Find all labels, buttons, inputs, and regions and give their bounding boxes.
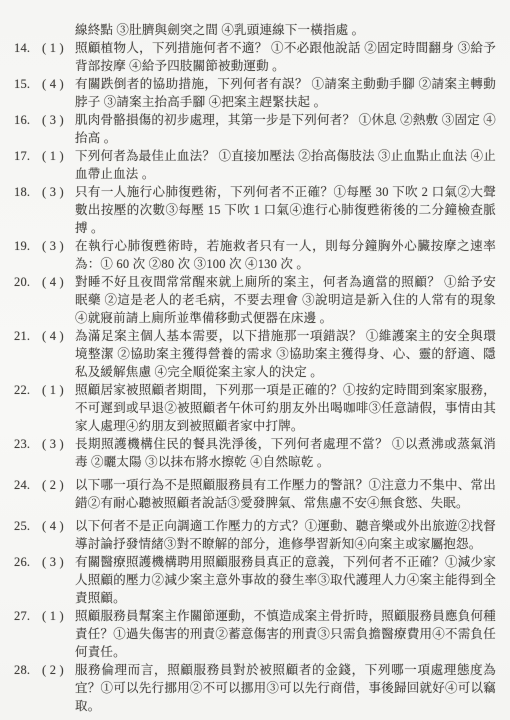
question-text: 照顧服務員幫案主作關節運動，不慎造成案主骨折時，照顧服務員應負何種責任？①過失傷… bbox=[75, 607, 500, 661]
question-15: 15. ( 4 ) 有關跌倒者的協助措施，下列何者有誤？ ①請案主動動手腳 ②請… bbox=[14, 75, 500, 111]
question-13-continuation: 線終點 ③肚臍與劍突之間 ④乳頭連線下一橫指處 。 bbox=[14, 21, 500, 39]
answer-key: ( 1 ) bbox=[42, 607, 75, 625]
question-text: 以下哪一項行為不是照顧服務員有工作壓力的警訊？①注意力不集中、常出錯②有耐心聽被… bbox=[75, 476, 500, 512]
question-text: 肌肉骨骼損傷的初步處理，其第一步是下列何者？ ①休息 ②熱敷 ③固定 ④抬高 。 bbox=[75, 111, 500, 147]
question-number: 18. bbox=[14, 183, 42, 201]
answer-key: ( 2 ) bbox=[42, 476, 75, 494]
question-18: 18. ( 3 ) 只有一人施行心肺復甦術，下列何者不正確？①每壓 30 下吹 … bbox=[14, 183, 500, 237]
question-text: 下列何者為最佳止血法？ ①直接加壓法 ②抬高傷肢法 ③止血點止血法 ④止血帶止血… bbox=[75, 147, 500, 183]
question-number: 22. bbox=[14, 381, 42, 399]
answer-key: ( 4 ) bbox=[42, 327, 75, 345]
question-text: 為滿足案主個人基本需要，以下措施那一項錯誤？ ①維護案主的安全與環境整潔 ②協助… bbox=[75, 327, 500, 381]
answer-key: ( 4 ) bbox=[42, 517, 75, 535]
question-number: 20. bbox=[14, 273, 42, 291]
question-25: 25. ( 4 ) 以下何者不是正向調適工作壓力的方式？①運動、聽音樂或外出旅遊… bbox=[14, 517, 500, 553]
question-number: 26. bbox=[14, 553, 42, 571]
question-28: 28. ( 2 ) 服務倫理而言，照顧服務員對於被照顧者的金錢，下列哪一項處理態… bbox=[14, 661, 500, 715]
question-number: 14. bbox=[14, 39, 42, 57]
answer-key: ( 3 ) bbox=[42, 237, 75, 255]
question-24: 24. ( 2 ) 以下哪一項行為不是照顧服務員有工作壓力的警訊？①注意力不集中… bbox=[14, 476, 500, 512]
answer-key: ( 3 ) bbox=[42, 553, 75, 571]
question-number: 19. bbox=[14, 237, 42, 255]
question-14: 14. ( 1 ) 照顧植物人，下列措施何者不適？ ①不必跟他說話 ②固定時間翻… bbox=[14, 39, 500, 75]
question-19: 19. ( 3 ) 在執行心肺復甦術時，若施救者只有一人，則每分鐘胸外心臟按摩之… bbox=[14, 237, 500, 273]
answer-key: ( 4 ) bbox=[42, 273, 75, 291]
question-number: 15. bbox=[14, 75, 42, 93]
question-text: 照顧居家被照顧者期間，下列那一項是正確的？①按約定時間到案家服務，不可遲到或早退… bbox=[75, 381, 500, 435]
question-20: 20. ( 4 ) 對睡不好且夜間常常醒來就上廁所的案主，何者為適當的照顧？ ①… bbox=[14, 273, 500, 327]
question-text: 對睡不好且夜間常常醒來就上廁所的案主，何者為適當的照顧？ ①給予安眠藥 ②這是老… bbox=[75, 273, 500, 327]
exam-page: 線終點 ③肚臍與劍突之間 ④乳頭連線下一橫指處 。 14. ( 1 ) 照顧植物… bbox=[0, 0, 510, 720]
question-number: 27. bbox=[14, 607, 42, 625]
answer-key: ( 3 ) bbox=[42, 183, 75, 201]
question-number: 28. bbox=[14, 661, 42, 679]
question-number: 17. bbox=[14, 147, 42, 165]
question-16: 16. ( 3 ) 肌肉骨骼損傷的初步處理，其第一步是下列何者？ ①休息 ②熱敷… bbox=[14, 111, 500, 147]
question-text: 有關跌倒者的協助措施，下列何者有誤？ ①請案主動動手腳 ②請案主轉動脖子 ③請案… bbox=[75, 75, 500, 111]
question-number: 23. bbox=[14, 435, 42, 453]
question-number: 21. bbox=[14, 327, 42, 345]
question-text: 長期照護機構住民的餐具洗淨後，下列何者處理不當？ ①以煮沸或蒸氣消毒 ②曬太陽 … bbox=[75, 435, 500, 471]
question-number: 25. bbox=[14, 517, 42, 535]
question-text: 只有一人施行心肺復甦術，下列何者不正確？①每壓 30 下吹 2 口氣②大聲數出按… bbox=[75, 183, 500, 237]
answer-key: ( 3 ) bbox=[42, 435, 75, 453]
question-number: 16. bbox=[14, 111, 42, 129]
question-text: 服務倫理而言，照顧服務員對於被照顧者的金錢，下列哪一項處理態度為宜？①可以先行挪… bbox=[75, 661, 500, 715]
question-text: 有關醫療照護機構聘用照顧服務員真正的意義，下列何者不正確？①減少家人照顧的壓力②… bbox=[75, 553, 500, 607]
answer-key: ( 1 ) bbox=[42, 39, 75, 57]
question-text: 在執行心肺復甦術時，若施救者只有一人，則每分鐘胸外心臟按摩之速率為：① 60 次… bbox=[75, 237, 500, 273]
question-23: 23. ( 3 ) 長期照護機構住民的餐具洗淨後，下列何者處理不當？ ①以煮沸或… bbox=[14, 435, 500, 471]
question-number: 24. bbox=[14, 476, 42, 494]
question-17: 17. ( 1 ) 下列何者為最佳止血法？ ①直接加壓法 ②抬高傷肢法 ③止血點… bbox=[14, 147, 500, 183]
question-21: 21. ( 4 ) 為滿足案主個人基本需要，以下措施那一項錯誤？ ①維護案主的安… bbox=[14, 327, 500, 381]
question-27: 27. ( 1 ) 照顧服務員幫案主作關節運動，不慎造成案主骨折時，照顧服務員應… bbox=[14, 607, 500, 661]
answer-key: ( 4 ) bbox=[42, 75, 75, 93]
answer-key: ( 3 ) bbox=[42, 111, 75, 129]
question-22: 22. ( 1 ) 照顧居家被照顧者期間，下列那一項是正確的？①按約定時間到案家… bbox=[14, 381, 500, 435]
question-26: 26. ( 3 ) 有關醫療照護機構聘用照顧服務員真正的意義，下列何者不正確？①… bbox=[14, 553, 500, 607]
question-text: 以下何者不是正向調適工作壓力的方式？①運動、聽音樂或外出旅遊②找督導討論抒發情緒… bbox=[75, 517, 500, 553]
answer-key: ( 1 ) bbox=[42, 147, 75, 165]
answer-key: ( 2 ) bbox=[42, 661, 75, 679]
question-text: 照顧植物人，下列措施何者不適？ ①不必跟他說話 ②固定時間翻身 ③給予背部按摩 … bbox=[75, 39, 500, 75]
answer-key: ( 1 ) bbox=[42, 381, 75, 399]
